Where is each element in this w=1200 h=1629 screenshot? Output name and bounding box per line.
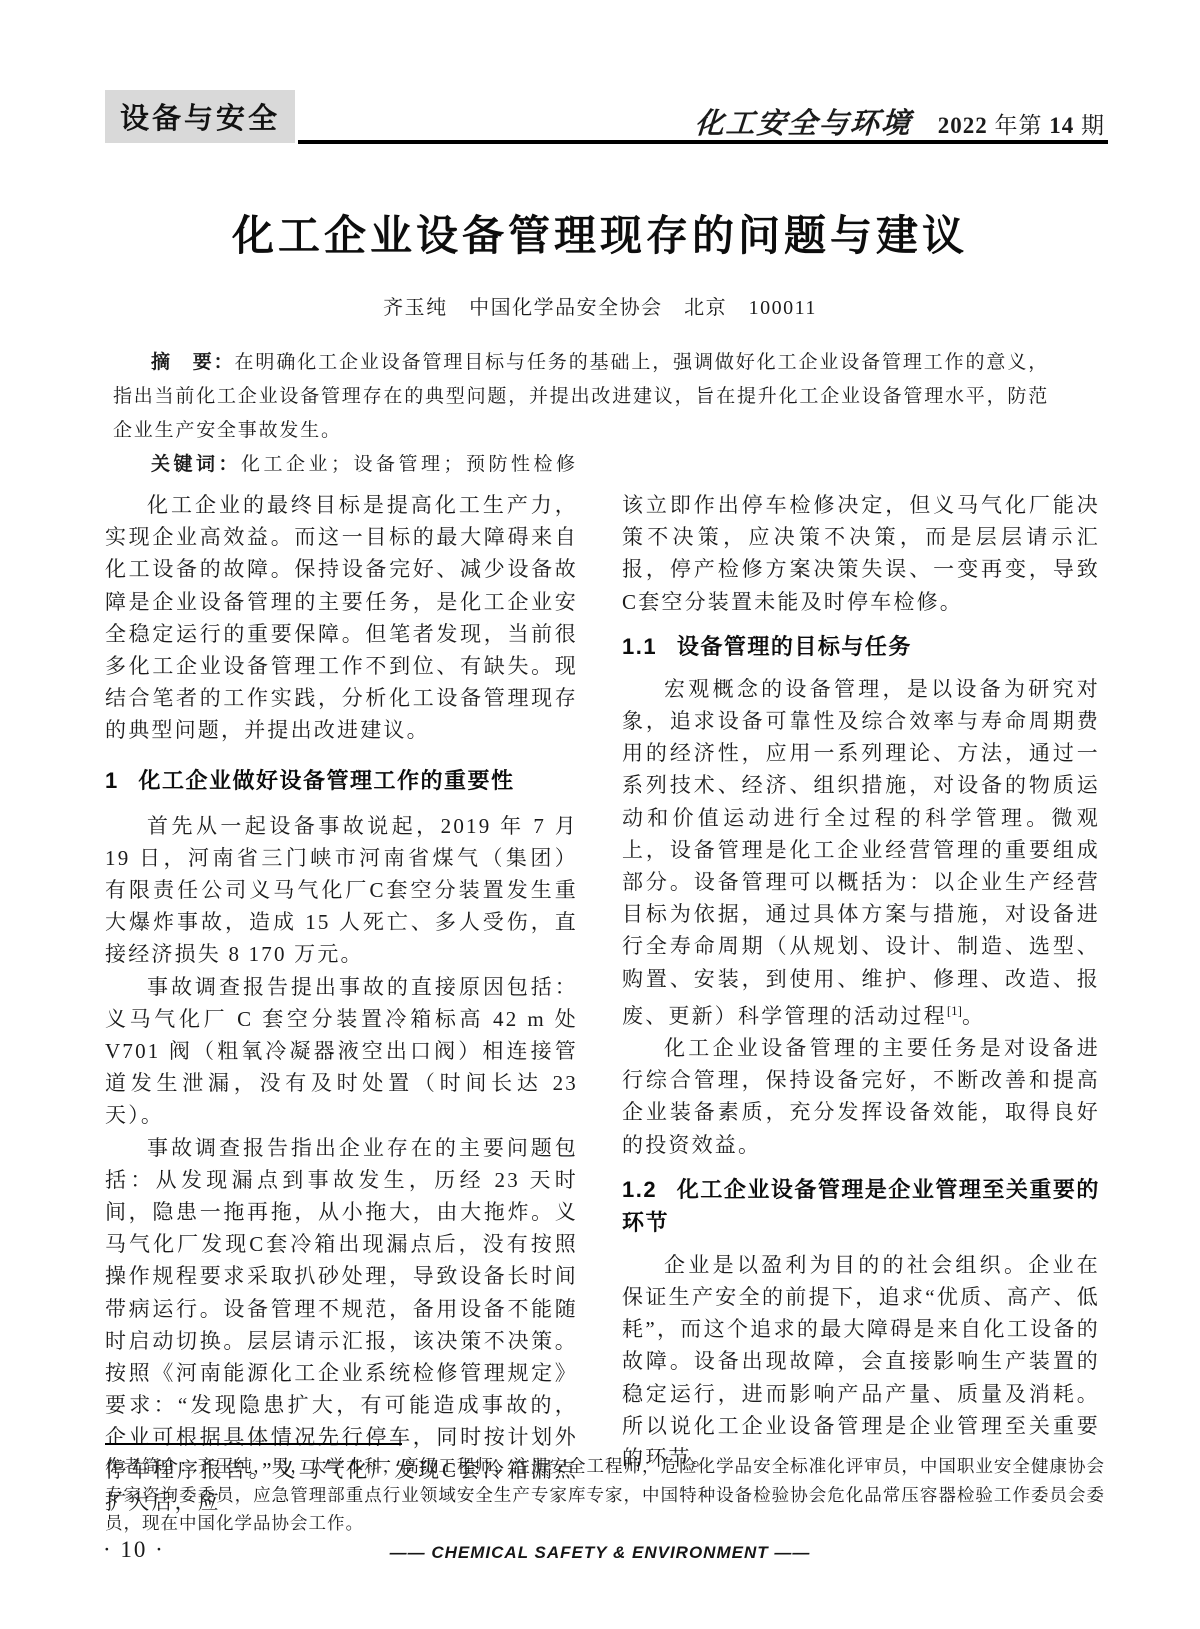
section-label-box: 设备与安全 xyxy=(105,90,295,143)
author-bio-text: 齐玉纯，男，大学本科，高级工程师，注册安全工程师，危险化学品安全标准化评审员，中… xyxy=(105,1456,1105,1533)
paragraph: 首先从一起设备事故说起，2019 年 7 月 19 日，河南省三门峡市河南省煤气… xyxy=(105,810,578,971)
author-bio-label: 作者简介： xyxy=(105,1456,198,1476)
right-column: 该立即作出停车检修决定，但义马气化厂能决策不决策，应决策不决策，而是层层请示汇报… xyxy=(622,489,1100,1474)
issue-year: 2022 xyxy=(938,113,988,138)
keywords-label: 关键词： xyxy=(151,454,241,475)
paragraph: 事故调查报告提出事故的直接原因包括：义马气化厂 C 套空分装置冷箱标高 42 m… xyxy=(105,971,578,1132)
paragraph-continued: 该立即作出停车检修决定，但义马气化厂能决策不决策，应决策不决策，而是层层请示汇报… xyxy=(622,489,1100,618)
paragraph: 企业是以盈利为目的的社会组织。企业在保证生产安全的前提下，追求“优质、高产、低耗… xyxy=(622,1249,1100,1474)
abstract-text: 在明确化工企业设备管理目标与任务的基础上，强调做好化工企业设备管理工作的意义，指… xyxy=(113,352,1049,441)
section-heading-text: 化工企业做好设备管理工作的重要性 xyxy=(139,768,515,793)
section-number: 1.1 xyxy=(622,634,657,659)
abstract: 摘 要：在明确化工企业设备管理目标与任务的基础上，强调做好化工企业设备管理工作的… xyxy=(113,346,1049,448)
paragraph-text: 。 xyxy=(962,1004,985,1028)
citation-ref: [1] xyxy=(947,1003,962,1018)
section-number: 1 xyxy=(105,768,119,793)
section-heading-1-2: 1.2化工企业设备管理是企业管理至关重要的环节 xyxy=(622,1173,1100,1239)
issue-mid: 年第 xyxy=(988,113,1050,138)
journal-header: 化工安全与环境 2022 年第 14 期 xyxy=(695,101,1105,142)
page-title: 化工企业设备管理现存的问题与建议 xyxy=(0,203,1200,263)
paragraph-text: 宏观概念的设备管理，是以设备为研究对象，追求设备可靠性及综合效率与寿命周期费用的… xyxy=(622,677,1100,1028)
left-column: 化工企业的最终目标是提高化工生产力，实现企业高效益。而这一目标的最大障碍来自化工… xyxy=(105,489,578,1518)
author-line: 齐玉纯 中国化学品安全协会 北京 100011 xyxy=(0,291,1200,320)
paragraph: 化工企业设备管理的主要任务是对设备进行综合管理，保持设备完好，不断改善和提高企业… xyxy=(622,1032,1100,1161)
issue-number: 14 xyxy=(1049,113,1074,138)
section-label: 设备与安全 xyxy=(120,96,280,137)
journal-english-name: —— CHEMICAL SAFETY & ENVIRONMENT —— xyxy=(0,1543,1200,1563)
paragraph: 化工企业的最终目标是提高化工生产力，实现企业高效益。而这一目标的最大障碍来自化工… xyxy=(105,489,578,747)
journal-page: 设备与安全 化工安全与环境 2022 年第 14 期 化工企业设备管理现存的问题… xyxy=(0,0,1200,1629)
section-heading-1-1: 1.1设备管理的目标与任务 xyxy=(622,630,1100,663)
paragraph: 宏观概念的设备管理，是以设备为研究对象，追求设备可靠性及综合效率与寿命周期费用的… xyxy=(622,673,1100,1032)
section-number: 1.2 xyxy=(622,1177,657,1202)
section-heading-text: 设备管理的目标与任务 xyxy=(677,634,912,659)
section-heading-text: 化工企业设备管理是企业管理至关重要的环节 xyxy=(622,1177,1100,1235)
journal-logo: 化工安全与环境 xyxy=(693,101,913,142)
keywords: 关键词：化工企业；设备管理；预防性检修 xyxy=(113,448,1049,482)
footnote-rule xyxy=(105,1443,402,1445)
author-bio: 作者简介：齐玉纯，男，大学本科，高级工程师，注册安全工程师，危险化学品安全标准化… xyxy=(105,1452,1105,1538)
abstract-label: 摘 要： xyxy=(151,352,235,373)
issue-end: 期 xyxy=(1074,113,1105,138)
keywords-text: 化工企业；设备管理；预防性检修 xyxy=(241,454,579,475)
header-rule xyxy=(298,140,1108,144)
section-heading-1: 1化工企业做好设备管理工作的重要性 xyxy=(105,764,578,797)
issue-info: 2022 年第 14 期 xyxy=(938,107,1105,140)
